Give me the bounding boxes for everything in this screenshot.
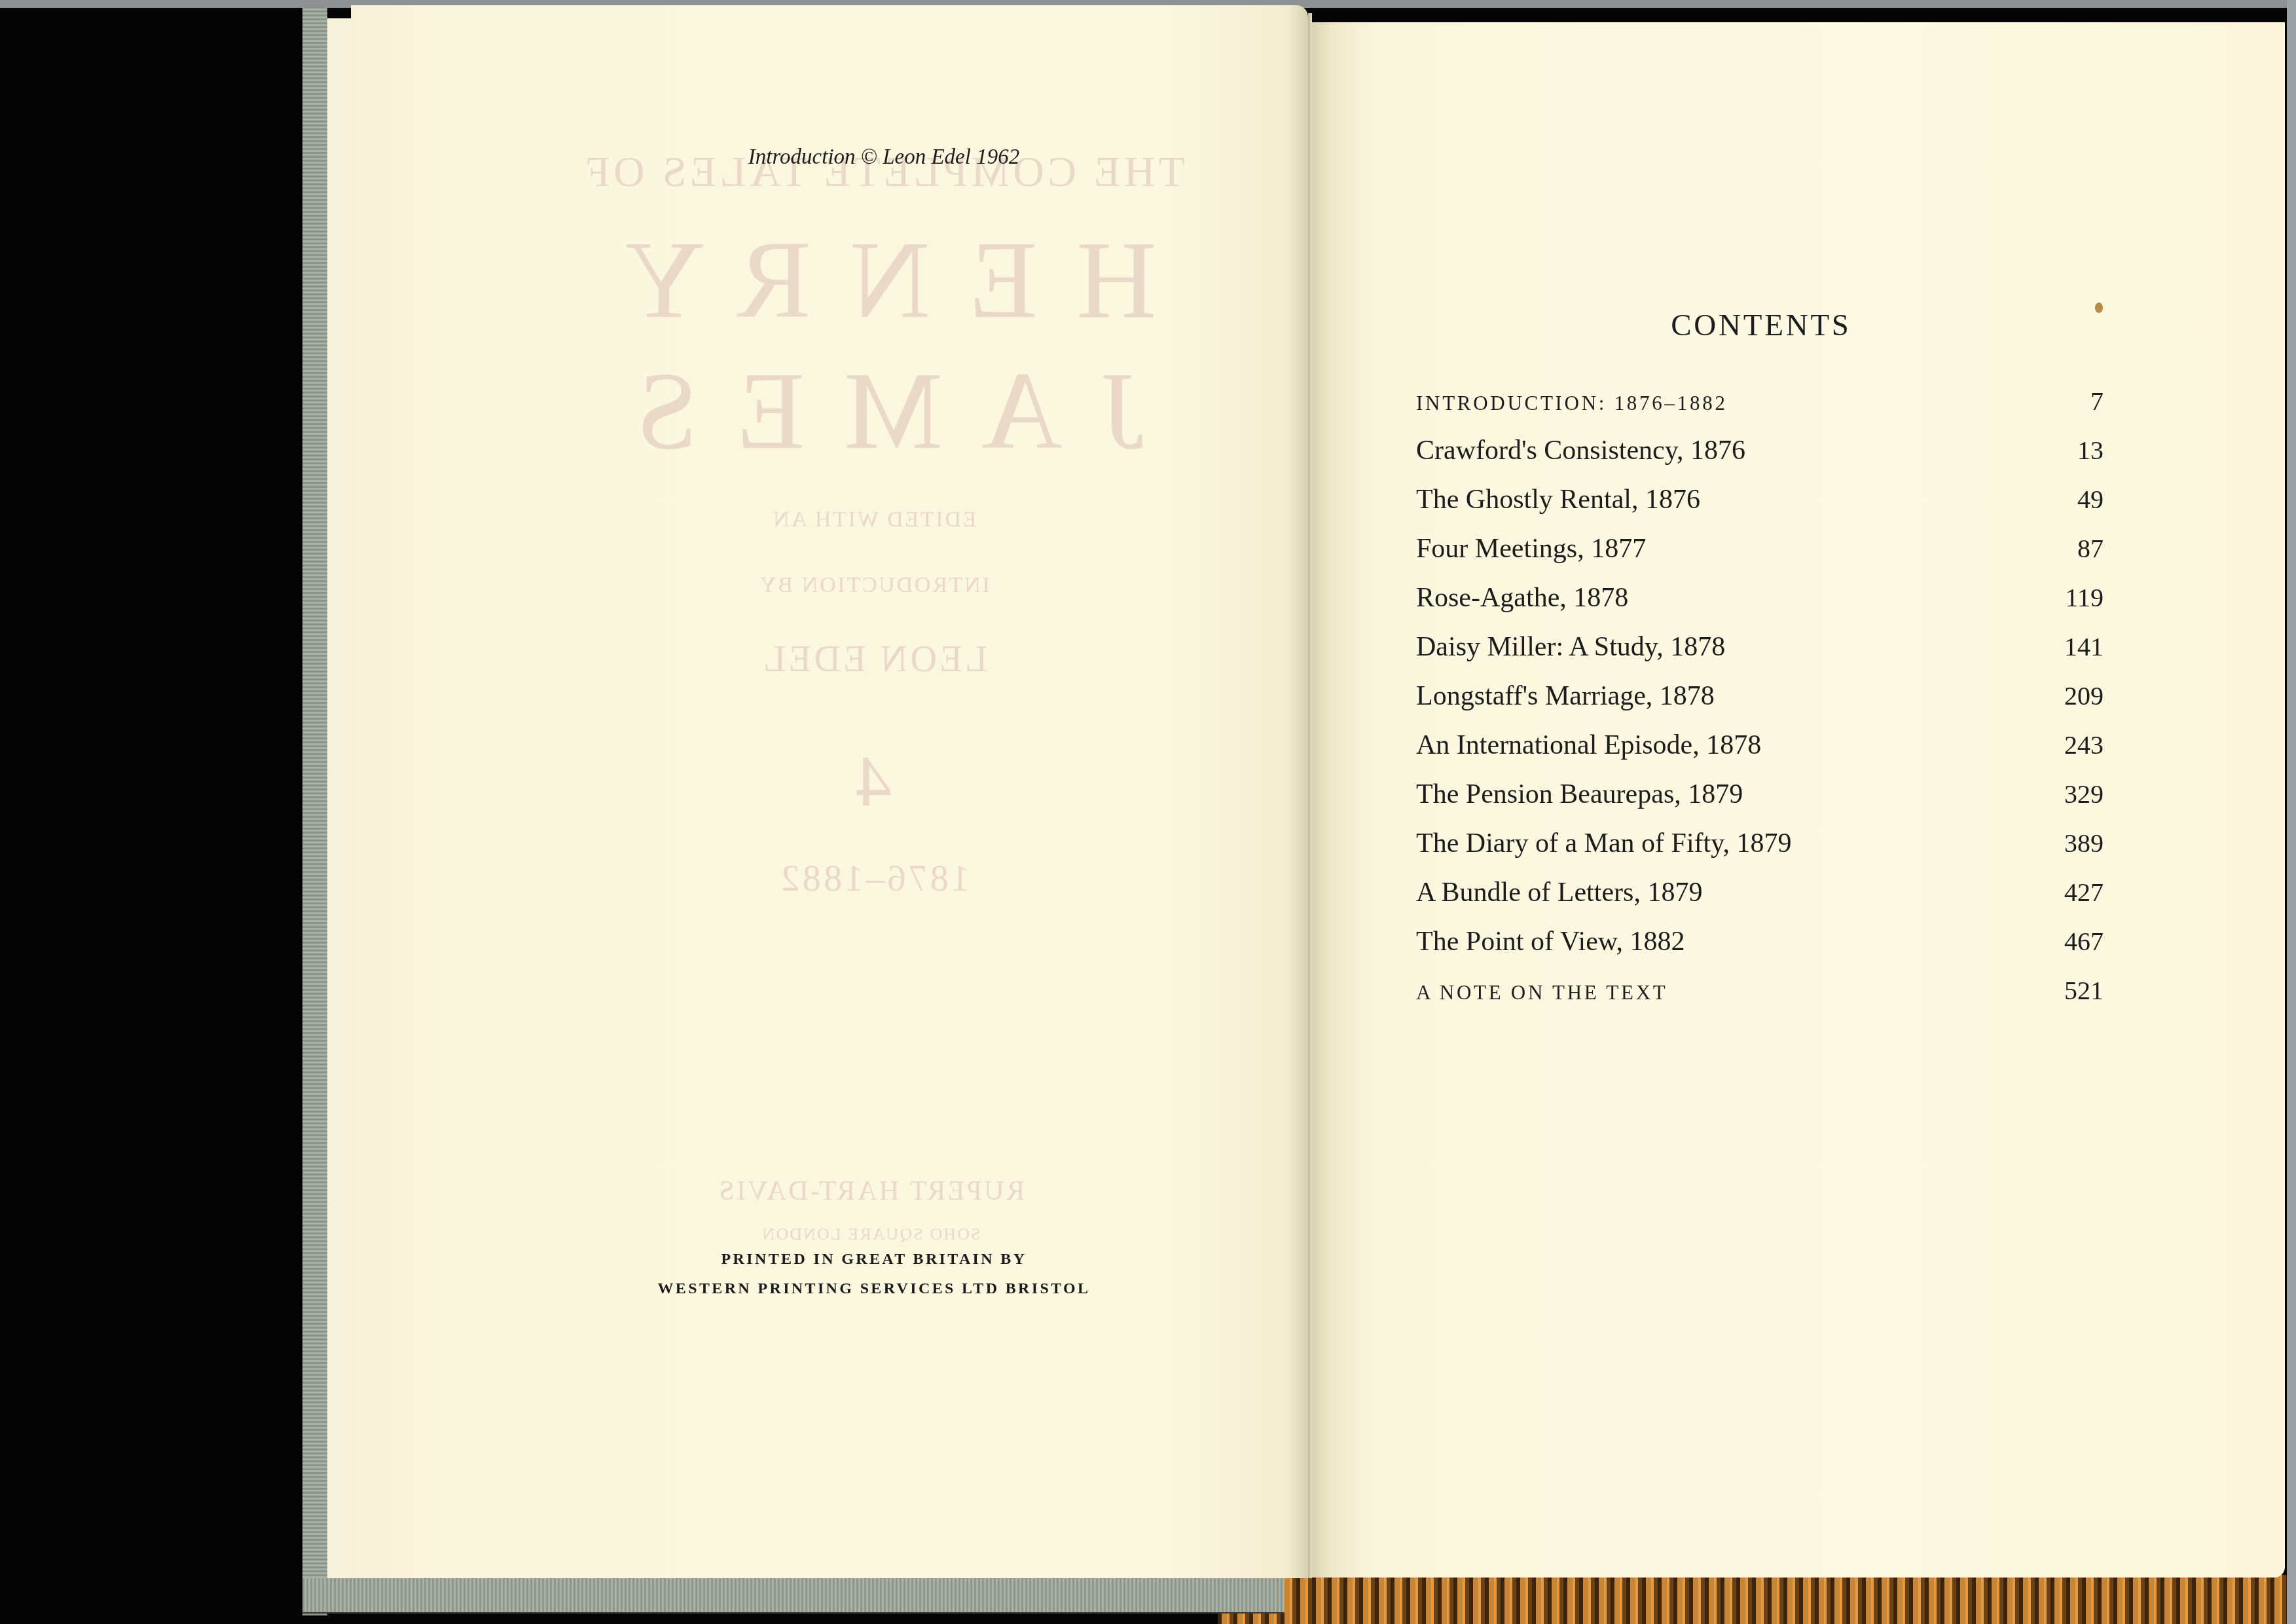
toc-entry-page: 119 bbox=[2051, 573, 2104, 622]
toc-entry-title: The Diary of a Man of Fifty, 1879 bbox=[1416, 819, 1791, 868]
book-cover-cloth-edge bbox=[302, 8, 327, 1615]
showthrough-edited-1: EDITED WITH AN bbox=[720, 507, 1028, 532]
toc-entry-title: The Ghostly Rental, 1876 bbox=[1416, 475, 1700, 525]
toc-entry-title: The Point of View, 1882 bbox=[1416, 917, 1685, 967]
toc-entry-title: Daisy Miller: A Study, 1878 bbox=[1416, 623, 1725, 672]
toc-entry-page: 329 bbox=[2051, 769, 2104, 819]
showthrough-publisher: RUPERT HART-DAVIS bbox=[655, 1175, 1087, 1207]
toc-entry-page: 7 bbox=[2051, 377, 2104, 426]
toc-entry-page: 87 bbox=[2051, 524, 2104, 573]
toc-entry: Four Meetings, 1877 87 bbox=[1416, 524, 2104, 573]
toc-entry-title: Crawford's Consistency, 1876 bbox=[1416, 426, 1745, 475]
toc-entry: The Pension Beaurepas, 1879 329 bbox=[1416, 769, 2104, 819]
toc-entry-page: 467 bbox=[2051, 917, 2104, 966]
toc-entry-title: A Bundle of Letters, 1879 bbox=[1416, 868, 1702, 917]
paper-stain bbox=[2095, 303, 2103, 313]
showthrough-volume: 4 bbox=[805, 740, 936, 823]
table-of-contents: INTRODUCTION: 1876–1882 7 Crawford's Con… bbox=[1416, 377, 2104, 1015]
toc-entry-title: The Pension Beaurepas, 1879 bbox=[1416, 770, 1743, 819]
toc-entry: Rose-Agathe, 1878 119 bbox=[1416, 573, 2104, 622]
toc-entry: Crawford's Consistency, 1876 13 bbox=[1416, 426, 2104, 475]
toc-entry: A Bundle of Letters, 1879 427 bbox=[1416, 868, 2104, 917]
toc-entry-page: 243 bbox=[2051, 720, 2104, 769]
toc-entry-title: INTRODUCTION: 1876–1882 bbox=[1416, 378, 1728, 428]
toc-entry-page: 209 bbox=[2051, 671, 2104, 720]
toc-entry: The Diary of a Man of Fifty, 1879 389 bbox=[1416, 819, 2104, 868]
showthrough-years: 1876–1882 bbox=[720, 858, 1028, 900]
toc-entry-title: A NOTE ON THE TEXT bbox=[1416, 968, 1667, 1017]
showthrough-editor: LEON EDEL bbox=[720, 638, 1028, 680]
toc-entry-page: 49 bbox=[2051, 475, 2104, 524]
scanner-right-edge bbox=[2287, 0, 2296, 1624]
toc-entry: The Ghostly Rental, 1876 49 bbox=[1416, 475, 2104, 524]
scanner-bed-strip bbox=[1218, 1575, 2287, 1624]
toc-entry-page: 389 bbox=[2051, 819, 2104, 868]
toc-entry: Longstaff's Marriage, 1878 209 bbox=[1416, 671, 2104, 720]
toc-entry-introduction: INTRODUCTION: 1876–1882 7 bbox=[1416, 377, 2104, 426]
toc-entry: An International Episode, 1878 243 bbox=[1416, 720, 2104, 769]
toc-entry-page: 427 bbox=[2051, 868, 2104, 917]
showthrough-address: SOHO SQUARE LONDON bbox=[687, 1225, 1054, 1244]
toc-entry: The Point of View, 1882 467 bbox=[1416, 917, 2104, 966]
showthrough-edited-2: INTRODUCTION BY bbox=[720, 573, 1028, 598]
toc-entry-note-on-text: A NOTE ON THE TEXT 521 bbox=[1416, 966, 2104, 1015]
printer-line-1: PRINTED IN GREAT BRITAIN BY bbox=[589, 1251, 1159, 1268]
flyleaf-edge bbox=[327, 18, 354, 1578]
toc-entry-title: An International Episode, 1878 bbox=[1416, 721, 1761, 770]
toc-entry-page: 141 bbox=[2051, 622, 2104, 671]
book-cover-bottom-edge bbox=[302, 1578, 1285, 1614]
toc-entry-title: Four Meetings, 1877 bbox=[1416, 525, 1646, 574]
printer-line-2: WESTERN PRINTING SERVICES LTD BRISTOL bbox=[589, 1280, 1159, 1298]
showthrough-author-2: JAMES bbox=[576, 347, 1165, 475]
toc-entry-page: 521 bbox=[2051, 966, 2104, 1015]
copyright-line: Introduction © Leon Edel 1962 bbox=[655, 145, 1113, 170]
showthrough-author-1: HENRY bbox=[576, 216, 1165, 344]
toc-entry-title: Rose-Agathe, 1878 bbox=[1416, 574, 1628, 623]
toc-entry: Daisy Miller: A Study, 1878 141 bbox=[1416, 622, 2104, 671]
toc-entry-title: Longstaff's Marriage, 1878 bbox=[1416, 672, 1715, 721]
toc-entry-page: 13 bbox=[2051, 426, 2104, 475]
contents-heading: CONTENTS bbox=[1571, 308, 1951, 343]
